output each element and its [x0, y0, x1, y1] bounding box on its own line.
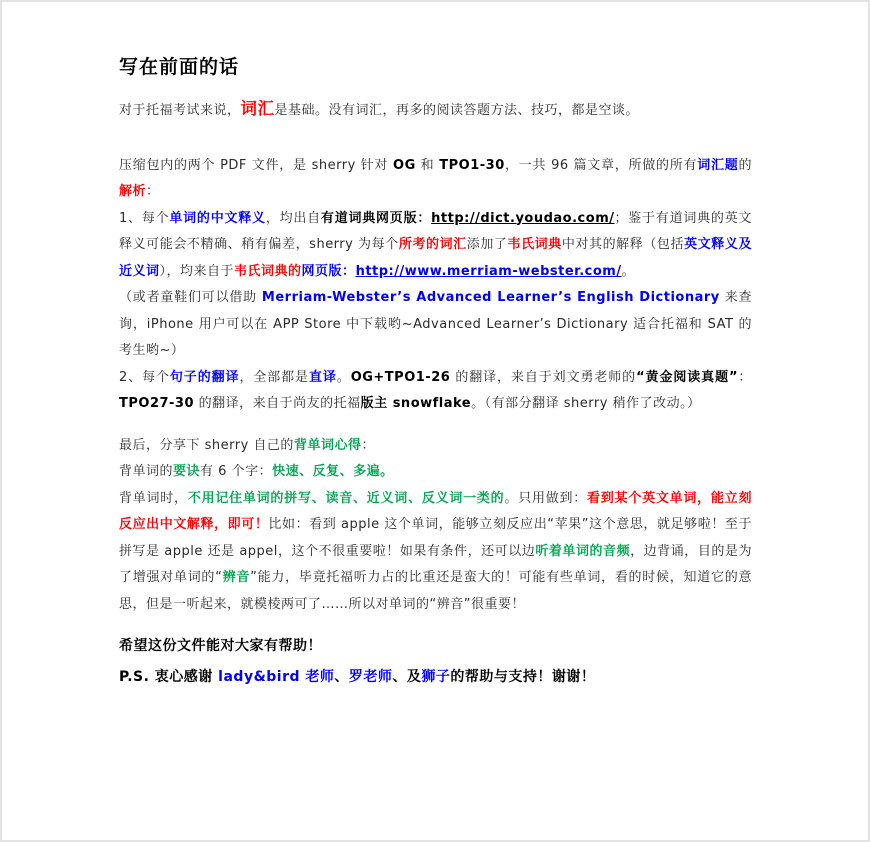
text-segment: 版主 snowflake: [361, 396, 471, 411]
text-segment: 希望这份文件能对大家有帮助！: [119, 638, 322, 654]
text-segment: 、: [334, 669, 349, 685]
text-segment: 韦氏词典的: [234, 264, 302, 279]
text-segment: 听着单词的音频: [535, 544, 630, 559]
text-segment: 词汇: [241, 99, 275, 118]
para-item-2-translations: 2、每个句子的翻译，全部都是直译。OG+TPO1-26 的翻译，来自于刘文勇老师…: [119, 365, 752, 418]
text-segment: ），均来自于: [160, 264, 235, 279]
text-segment: 快速、反复、多遍。: [272, 464, 394, 479]
text-segment: 狮子: [421, 669, 450, 685]
text-segment: ，一共 96 篇文章，所做的所有: [505, 158, 697, 173]
para-intro: 对于托福考试来说，词汇是基础。没有词汇，再多的阅读答题方法、技巧，都是空谈。: [119, 96, 752, 125]
para-memorize-keywords: 背单词的要诀有 6 个字：快速、反复、多遍。: [119, 459, 752, 486]
text-segment: 背单词心得: [294, 438, 362, 453]
text-segment: OG: [393, 158, 416, 173]
text-segment: lady&bird 老师: [218, 669, 334, 685]
text-segment: 的翻译，来自于尚友的托福: [194, 396, 361, 411]
document-content: 写在前面的话 对于托福考试来说，词汇是基础。没有词汇，再多的阅读答题方法、技巧，…: [2, 2, 868, 690]
text-segment: 解析: [119, 184, 146, 199]
text-segment: 对于托福考试来说，: [119, 103, 241, 118]
text-segment: ：: [361, 438, 375, 453]
text-segment: 添加了: [467, 237, 508, 252]
para-hope-helpful: 希望这份文件能对大家有帮助！: [119, 633, 752, 660]
text-segment: 词汇题: [697, 158, 738, 173]
text-segment: ，均出自: [266, 211, 321, 226]
text-segment: ，全部都是: [239, 370, 309, 385]
para-ps-thanks: P.S. 衷心感谢 lady&bird 老师、罗老师、及狮子的帮助与支持！谢谢！: [119, 664, 752, 691]
text-segment: 。只用做到：: [504, 491, 587, 506]
para-memorize-method: 背单词时，不用记住单词的拼写、读音、近义词、反义词一类的。只用做到：看到某个英文…: [119, 486, 752, 619]
text-segment: 是基础。没有词汇，再多的阅读答题方法、技巧，都是空谈。: [275, 103, 640, 118]
text-segment: TPO1-30: [439, 158, 504, 173]
youdao-link[interactable]: http://dict.youdao.com/: [431, 211, 614, 226]
text-segment: 单词的中文释义: [169, 211, 265, 226]
text-segment: 压缩包内的两个 PDF 文件，是 sherry 针对: [119, 158, 393, 173]
text-segment: 最后，分享下 sherry 自己的: [119, 438, 294, 453]
paragraphs: 对于托福考试来说，词汇是基础。没有词汇，再多的阅读答题方法、技巧，都是空谈。压缩…: [119, 96, 752, 690]
text-segment: 所考的词汇: [399, 237, 467, 252]
para-item-1-dictionaries: 1、每个单词的中文释义，均出自有道词典网页版：http://dict.youda…: [119, 206, 752, 286]
text-segment: 罗老师: [349, 669, 393, 685]
merriam-webster-link[interactable]: http://www.merriam-webster.com/: [356, 264, 622, 279]
page-title: 写在前面的话: [119, 54, 752, 80]
text-segment: 要诀: [173, 464, 200, 479]
text-segment: 有道词典网页版：: [321, 211, 431, 226]
text-segment: P.S. 衷心感谢: [119, 669, 218, 685]
text-segment: 2、每个: [119, 370, 170, 385]
text-segment: “黄金阅读真题”: [636, 370, 738, 385]
text-segment: 句子的翻译: [170, 370, 240, 385]
document-page: 写在前面的话 对于托福考试来说，词汇是基础。没有词汇，再多的阅读答题方法、技巧，…: [0, 0, 870, 842]
text-segment: ：: [738, 370, 752, 385]
text-segment: 不用记住单词的拼写、读音、近义词、反义词一类的: [188, 491, 505, 506]
text-segment: 。: [337, 370, 351, 385]
text-segment: 韦氏词典: [508, 237, 562, 252]
para-memorize-tips-intro: 最后，分享下 sherry 自己的背单词心得：: [119, 433, 752, 460]
text-segment: 1、每个: [119, 211, 169, 226]
text-segment: 网页版：: [302, 264, 356, 279]
text-segment: 有 6 个字：: [200, 464, 272, 479]
text-segment: 背单词时，: [119, 491, 188, 506]
text-segment: Merriam-Webster’s Advanced Learner’s Eng…: [262, 290, 720, 305]
text-segment: 的帮助与支持！谢谢！: [450, 669, 595, 685]
para-learners-dictionary-note: （或者童鞋们可以借助 Merriam-Webster’s Advanced Le…: [119, 285, 752, 365]
text-segment: （或者童鞋们可以借助: [119, 290, 262, 305]
text-segment: 。（有部分翻译 sherry 稍作了改动。）: [471, 396, 700, 411]
para-package-overview: 压缩包内的两个 PDF 文件，是 sherry 针对 OG 和 TPO1-30，…: [119, 153, 752, 206]
text-segment: 辨音: [222, 570, 250, 585]
text-segment: TPO27-30: [119, 396, 194, 411]
text-segment: OG+TPO1-26: [351, 370, 451, 385]
text-segment: 、及: [392, 669, 421, 685]
text-segment: 的翻译，来自于刘文勇老师的: [450, 370, 636, 385]
text-segment: 的: [738, 158, 752, 173]
text-segment: 。: [622, 264, 636, 279]
text-segment: 中对其的解释（包括: [562, 237, 684, 252]
text-segment: 和: [416, 158, 440, 173]
text-segment: ：: [146, 184, 160, 199]
text-segment: 背单词的: [119, 464, 173, 479]
text-segment: 直译: [309, 370, 337, 385]
